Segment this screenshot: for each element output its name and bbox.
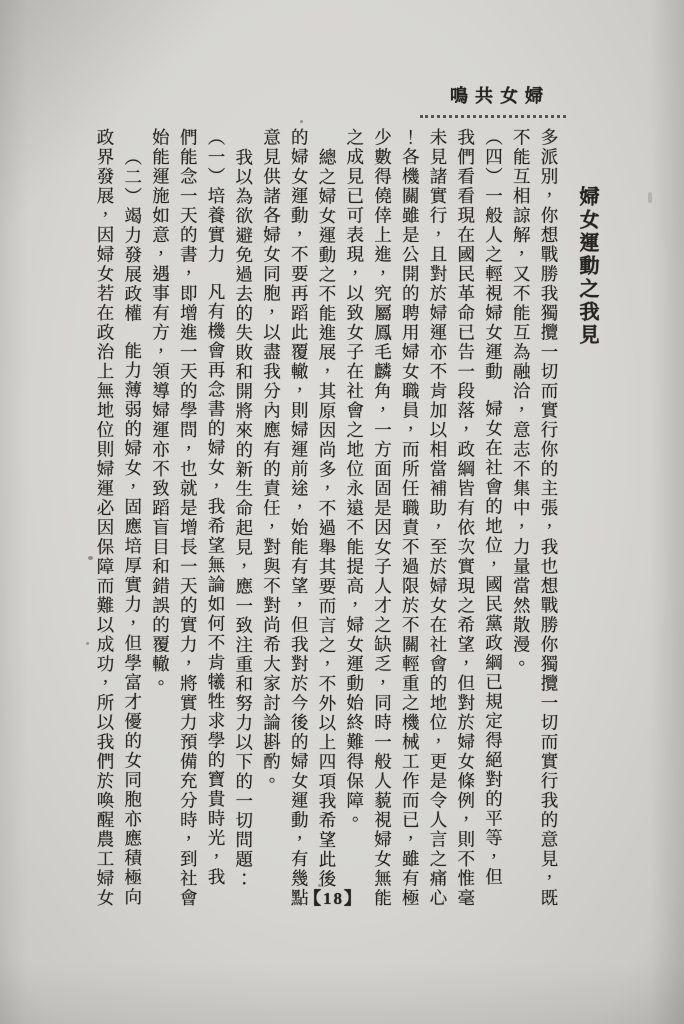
text-column: （二）竭力發展政權能力薄弱的婦女，固應培厚實力，但學富才優的女同胞亦應積極向 xyxy=(120,128,146,940)
scan-speck xyxy=(648,192,652,203)
scan-speck xyxy=(86,642,89,645)
text-column: 意見供諸各婦女同胞，以盡我分內應有的責任，對與不對尚希大家討論斟酌。 xyxy=(259,128,285,920)
body-columns: 多派別，你想戰勝我獨攬一切而實行你的主張，我也想戰勝你獨攬一切而實行我的意見，既… xyxy=(0,0,684,1024)
text-column: （四）一般人之輕視婦女運動婦女在社會的地位，國民黨政綱已規定得絕對的平等，但 xyxy=(481,128,507,920)
text-column: 始能運施如意，遇事有方，領導婦運亦不致蹈盲目和錯誤的覆轍。 xyxy=(148,128,174,920)
text-column: ！各機關雖是公開的聘用婦女職員，而所任職責不過限於不關輕重之機械工作而已，雖有極 xyxy=(397,128,423,920)
text-column: 們能念一天的書，即增進一天的學問，也就是增長一天的實力，將實力預備充分時，到社會 xyxy=(175,128,201,920)
text-column: 的婦女運動，不要再蹈此覆轍，則婦運前途，始能有望，但我對於今後的婦女運動，有幾點 xyxy=(286,128,312,920)
text-column: 不能互相諒解，又不能互為融洽，意志不集中，力量當然散漫。 xyxy=(508,128,534,920)
text-column: 我以為欲避免過去的失敗和開將來的新生命起見，應一致注重和努力以下的一切問題： xyxy=(231,128,257,940)
text-column: 政界發展，因婦女若在政治上無地位則婦運必因保障而難以成功，所以我們於喚醒農工婦女 xyxy=(92,128,118,920)
scan-speck xyxy=(88,556,93,560)
scanned-page: 鳴共女婦 婦女運動之我見 多派別，你想戰勝我獨攬一切而實行你的主張，我也想戰勝你… xyxy=(0,0,684,1024)
page-number: 【18】 xyxy=(304,884,363,909)
scan-speck xyxy=(318,884,321,887)
text-column: 我們看看現在國民革命已告一段落，政綱皆有依次實現之希望，但對於婦女條例，則不惟毫 xyxy=(453,128,479,920)
text-column: （一）培養實力凡有機會再念書的婦女，我希望無論如何不肯犧牲求學的寶貴時光，我 xyxy=(203,128,229,920)
text-column: 多派別，你想戰勝我獨攬一切而實行你的主張，我也想戰勝你獨攬一切而實行我的意見，既 xyxy=(536,128,562,920)
text-column: 少數得僥倖上進，究屬鳳毛麟角，一方面固是因女子人才之缺乏，同時一般人藐視婦女無能 xyxy=(370,128,396,920)
scan-speck xyxy=(300,120,303,123)
text-column: 總之婦女運動之不能進展，其原因尚多，不過舉其要而言之，不外以上四項我希望此後 xyxy=(314,128,340,940)
text-column: 之成見已可表現，以致女子在社會之地位永遠不能提高，婦女運動始終難得保障。 xyxy=(342,128,368,920)
text-column: 未見諸實行，且對於婦運亦不肯加以相當補助，至於婦女在社會的地位，更是令人言之痛心 xyxy=(425,128,451,920)
